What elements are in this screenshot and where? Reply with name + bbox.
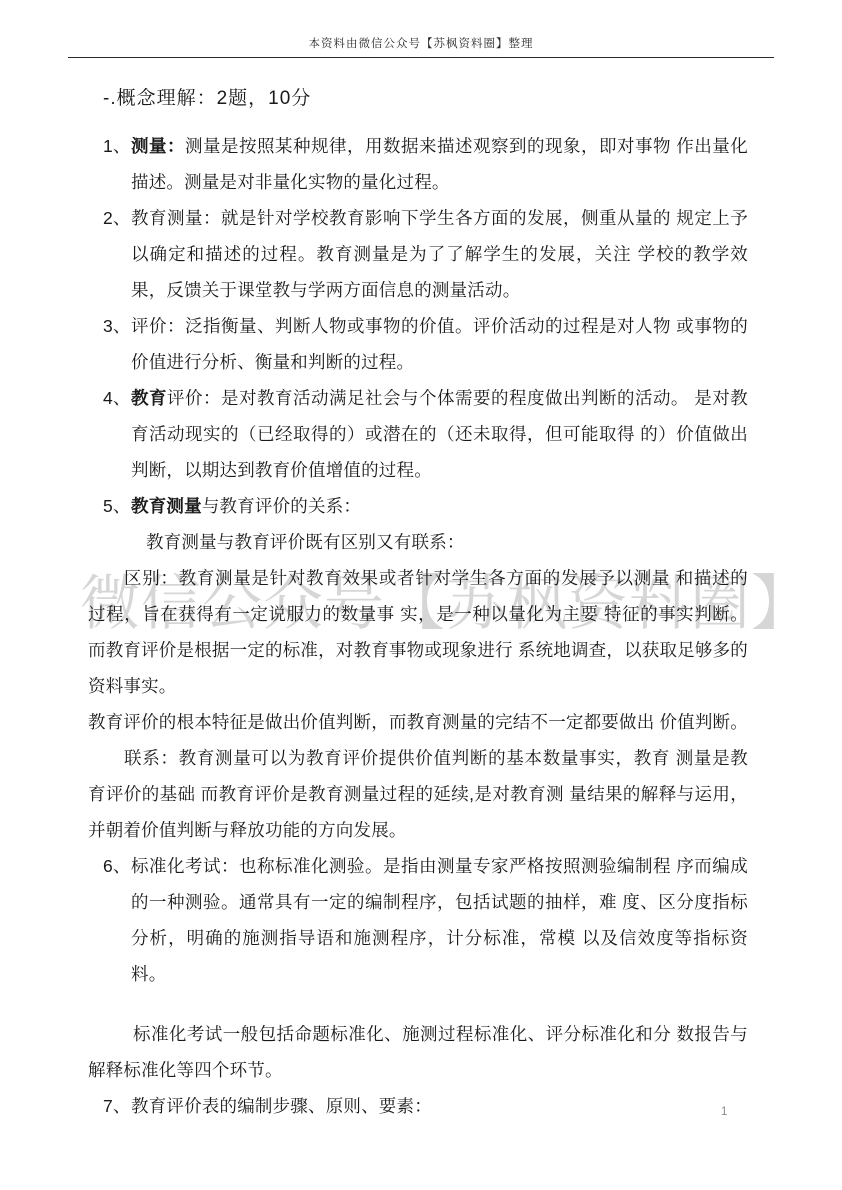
paragraph-difference: 区别：教育测量是针对教育效果或者针对学生各方面的发展予以测量 和描述的过程，旨在…: [88, 560, 748, 704]
list-item-7: 7、教育评价表的编制步骤、原则、要素：: [88, 1088, 748, 1124]
item-3-number: 3、: [103, 308, 131, 344]
item-1-text: 测量是按照某种规律，用数据来描述观察到的现象，即对事物 作出量化描述。测量是对非…: [131, 136, 748, 192]
item-4-number: 4、: [103, 380, 131, 416]
document-body: -.概念理解：2题，10分 1、测量：测量是按照某种规律，用数据来描述观察到的现…: [88, 80, 748, 1124]
paragraph-feature: 教育评价的根本特征是做出价值判断，而教育测量的完结不一定都要做出 价值判断。: [88, 704, 748, 740]
item-4-term: 教育: [131, 388, 167, 408]
item-1-number: 1、: [103, 128, 131, 164]
list-item-4: 4、教育评价：是对教育活动满足社会与个体需要的程度做出判断的活动。 是对教育活动…: [88, 380, 748, 488]
item-2-text: 教育测量：就是针对学校教育影响下学生各方面的发展，侧重从量的 规定上予以确定和描…: [131, 208, 748, 300]
list-item-2: 2、教育测量：就是针对学校教育影响下学生各方面的发展，侧重从量的 规定上予以确定…: [88, 200, 748, 308]
document-page: 微信公众号【苏枫资料圈】 本资料由微信公众号【苏枫资料圈】整理 -.概念理解：2…: [0, 0, 842, 1190]
item-3-text: 评价：泛指衡量、判断人物或事物的价值。评价活动的过程是对人物 或事物的价值进行分…: [131, 316, 748, 372]
item-4-text: 评价：是对教育活动满足社会与个体需要的程度做出判断的活动。 是对教育活动现实的（…: [131, 388, 748, 480]
item-6-number: 6、: [103, 848, 131, 884]
item-2-number: 2、: [103, 200, 131, 236]
list-item-5: 5、教育测量与教育评价的关系：: [88, 488, 748, 524]
item-5-number: 5、: [103, 488, 131, 524]
paragraph-standardized-steps: 标准化考试一般包括命题标准化、施测过程标准化、评分标准化和分 数报告与解释标准化…: [88, 1016, 748, 1088]
header-text: 本资料由微信公众号【苏枫资料圈】整理: [309, 38, 534, 50]
item-7-number: 7、: [103, 1088, 131, 1124]
list-item-6: 6、标准化考试：也称标准化测验。是指由测量专家严格按照测验编制程 序而编成的一种…: [88, 848, 748, 992]
item-5-text: 与教育评价的关系：: [202, 496, 361, 516]
item-7-text: 教育评价表的编制步骤、原则、要素：: [131, 1096, 432, 1116]
item-1-term: 测量：: [131, 136, 185, 156]
item-5-term: 教育测量: [131, 496, 202, 516]
list-item-1: 1、测量：测量是按照某种规律，用数据来描述观察到的现象，即对事物 作出量化描述。…: [88, 128, 748, 200]
item-6-text: 标准化考试：也称标准化测验。是指由测量专家严格按照测验编制程 序而编成的一种测验…: [131, 856, 748, 984]
page-header: 本资料由微信公众号【苏枫资料圈】整理: [68, 35, 774, 58]
paragraph-connection: 联系：教育测量可以为教育评价提供价值判断的基本数量事实，教育 测量是教育评价的基…: [88, 740, 748, 848]
section-title: -.概念理解：2题，10分: [103, 80, 748, 118]
paragraph-relation-intro: 教育测量与教育评价既有区别又有联系：: [88, 524, 748, 560]
page-number: 1: [721, 1106, 727, 1118]
list-item-3: 3、评价：泛指衡量、判断人物或事物的价值。评价活动的过程是对人物 或事物的价值进…: [88, 308, 748, 380]
